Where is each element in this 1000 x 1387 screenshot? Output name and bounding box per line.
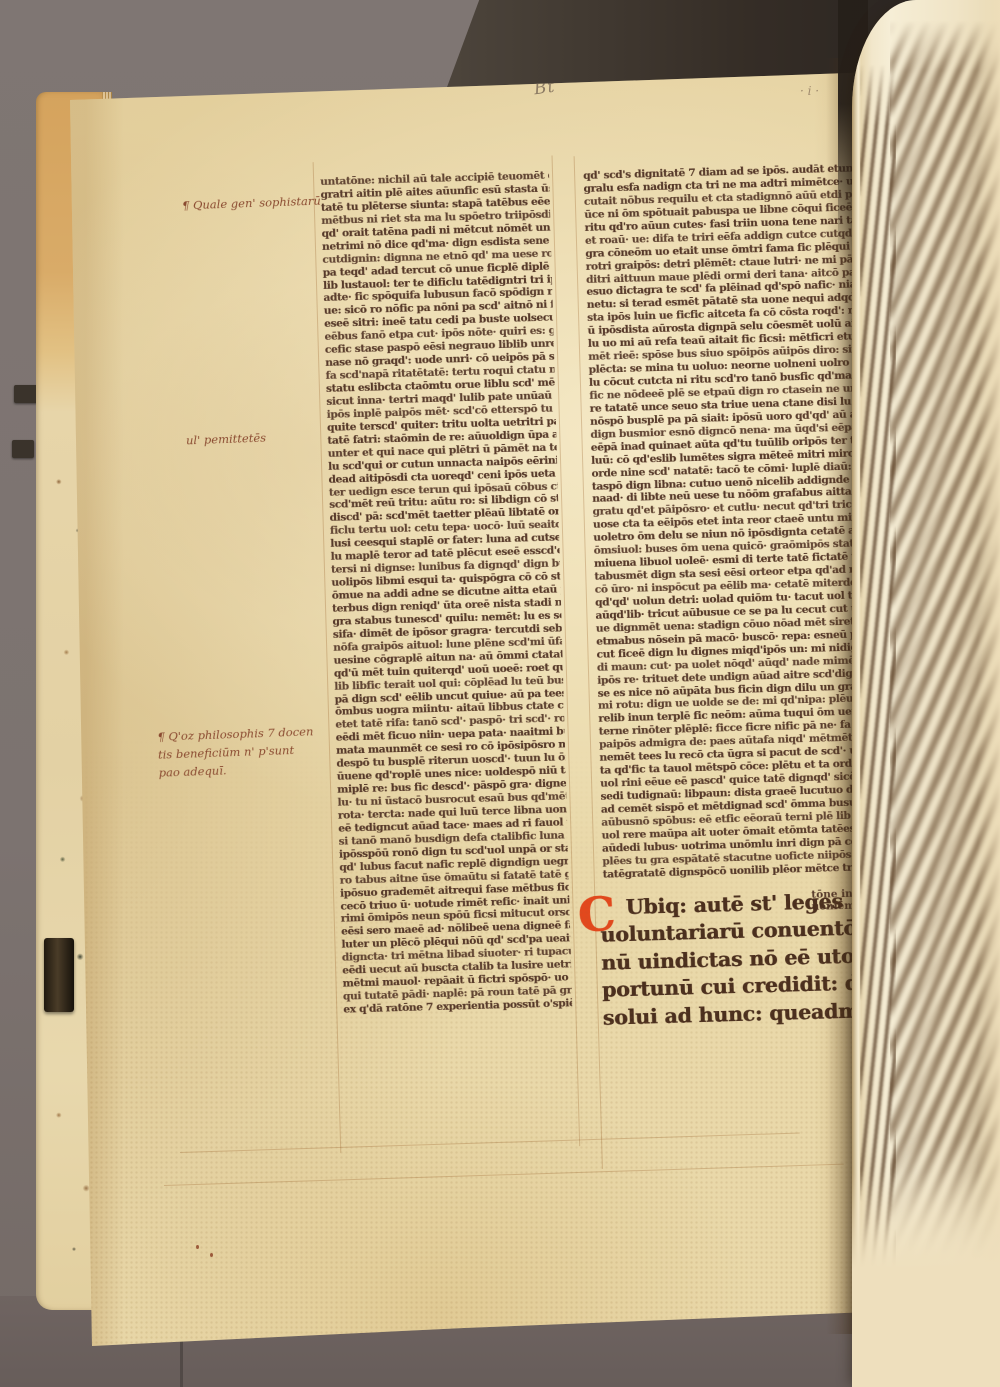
text-column-left: untatōne: nichil aū tale accipiē teuomēt…	[320, 170, 572, 1017]
margin-note-2: ul' pemittetēs	[186, 429, 267, 450]
lower-margin-blank	[852, 1172, 1000, 1387]
ink-speck	[210, 1253, 213, 1257]
metal-clasp	[44, 938, 74, 1012]
margin-note-1: ¶ Quale gen' sophistarū	[182, 192, 321, 215]
ruling-line	[180, 1133, 800, 1153]
manuscript-photo: Bt · i · ¶ Quale gen' sophistarū ul' pem…	[0, 0, 1000, 1387]
folio-number: · i ·	[800, 84, 819, 98]
binding-clasp-remnant	[12, 440, 34, 458]
facing-page-foreedge	[852, 0, 1000, 1387]
margin-note-3: ¶ Q'oz philosophis 7 docen tis beneficiū…	[157, 722, 315, 781]
manuscript-left-page: Bt · i · ¶ Quale gen' sophistarū ul' pem…	[64, 70, 884, 1350]
margin-note-text: ¶ Quale gen' sophistarū	[182, 192, 321, 215]
ruling-line	[164, 1164, 844, 1186]
margin-note-text: ul' pemittetēs	[186, 429, 267, 450]
ink-speck	[196, 1245, 199, 1249]
binding-clasp-remnant	[14, 385, 38, 403]
